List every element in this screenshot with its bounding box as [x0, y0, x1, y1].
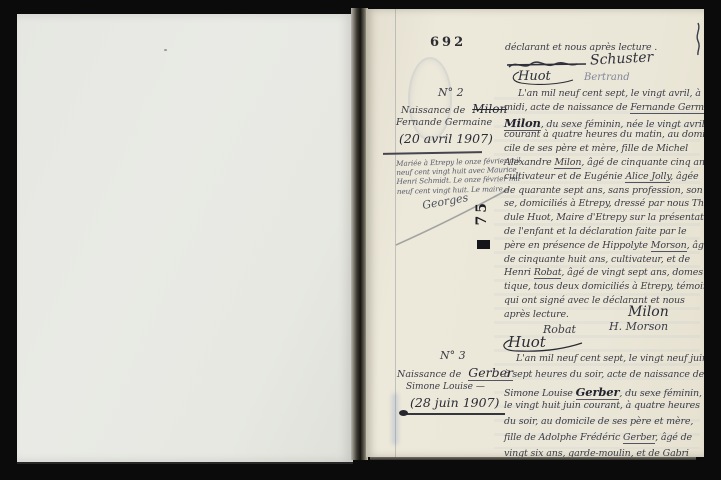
act2-margin-given-names: Fernande Germaine	[396, 117, 492, 128]
folio-number-stamp: 75	[474, 200, 490, 225]
signature-robat: Robat	[543, 323, 576, 336]
paper-speck	[164, 49, 167, 51]
act2-line: midi, acte de naissance de Fernande Germ…	[504, 102, 704, 113]
manuscript-text-segment: midi, acte de naissance de	[504, 102, 630, 113]
register-scan: 692 déclarant et nous après lecture . Sc…	[0, 0, 721, 480]
manuscript-text-segment: du soir, au domicile de ses père et mère…	[504, 416, 693, 427]
act2-line: dule Huot, Maire d'Etrepy sur la présent…	[504, 212, 704, 223]
act3-margin-underline	[401, 413, 505, 415]
manuscript-text-segment: après lecture.	[504, 309, 569, 320]
embossed-seal	[408, 57, 452, 141]
right-page: 692 déclarant et nous après lecture . Sc…	[366, 9, 704, 457]
act2-line: de cinquante huit ans, cultivateur, et d…	[504, 254, 690, 265]
manuscript-text-segment: , âgé de cinquante cinq ans	[581, 157, 704, 168]
act2-line: Milon, du sexe féminin, née le vingt avr…	[504, 116, 704, 130]
act2-line: Alexandre Milon, âgé de cinquante cinq a…	[504, 157, 704, 168]
act2-margin-date: (20 avril 1907)	[399, 131, 493, 146]
signature-paraph	[392, 185, 512, 249]
mayor-signature-flourish	[498, 336, 584, 354]
signature-flourish	[509, 69, 575, 85]
manuscript-text-segment: Gerber	[576, 385, 620, 400]
manuscript-text-segment: Simone Louise	[504, 388, 576, 399]
act2-line: de quarante sept ans, sans profession, s…	[504, 185, 704, 196]
manuscript-text-segment: dule Huot, Maire d'Etrepy sur la présent…	[504, 212, 704, 223]
act3-number: N° 3	[440, 349, 466, 362]
manuscript-text-segment: , âgé	[687, 240, 704, 251]
act2-margin-title: Naissance de Milon	[401, 102, 507, 116]
act3-line: Simone Louise Gerber, du sexe féminin, n…	[504, 385, 704, 399]
page-number-stamp: 692	[430, 35, 466, 50]
manuscript-text-segment: , du sexe féminin, née le vingt avril	[541, 119, 704, 130]
act2-number: N° 2	[438, 86, 464, 99]
manuscript-text-segment: Milon	[554, 157, 581, 169]
act3-line: vingt six ans, garde-moulin, et de Gabri	[504, 448, 689, 457]
ink-blot	[399, 410, 408, 416]
act3-line: L'an mil neuf cent sept, le vingt neuf j…	[516, 353, 704, 364]
manuscript-text-segment: se, domiciliés à Etrepy, dressé par nous…	[504, 198, 704, 209]
act2-line: se, domiciliés à Etrepy, dressé par nous…	[504, 198, 704, 209]
left-page-blank	[17, 14, 353, 462]
manuscript-text-segment: père en présence de Hippolyte	[504, 240, 651, 251]
act2-line: L'an mil neuf cent sept, le vingt avril,…	[518, 88, 701, 99]
manuscript-text-segment: le vingt huit juin courant, à quatre heu…	[504, 400, 700, 411]
act2-line: père en présence de Hippolyte Morson, âg…	[504, 240, 704, 251]
manuscript-text-segment: Alice Jolly	[625, 171, 670, 183]
act3-margin-title-text: Naissance de	[397, 369, 461, 380]
manuscript-text-segment: de cinquante huit ans, cultivateur, et d…	[504, 254, 690, 265]
act2-line: après lecture.	[504, 309, 569, 320]
act2-margin-title-text: Naissance de	[401, 105, 465, 116]
act3-line: le vingt huit juin courant, à quatre heu…	[504, 400, 700, 411]
manuscript-text-segment: à sept heures du soir, acte de naissance…	[504, 369, 704, 380]
manuscript-text-segment: Henri	[504, 267, 534, 278]
manuscript-text-segment: Alexandre	[504, 157, 554, 168]
signature-schuster: Schuster	[590, 49, 654, 68]
signature-morson: H. Morson	[609, 320, 668, 333]
signature-milon: Milon	[628, 304, 669, 320]
manuscript-text-segment: cile de ses père et mère, fille de Miche…	[504, 143, 688, 154]
manuscript-text-segment: cultivateur et de Eugénie	[504, 171, 625, 182]
act2-line: de l'enfant et la déclaration faite par …	[504, 226, 686, 237]
manuscript-text-segment: courant à quatre heures du matin, au dom…	[504, 129, 704, 140]
manuscript-text-segment: , du sexe féminin, née	[619, 388, 704, 399]
manuscript-text-segment: tique, tous deux domiciliés à Etrepy, té…	[504, 281, 704, 292]
manuscript-text-segment: Morson	[651, 240, 687, 252]
signature-bertrand: Bertrand	[584, 72, 630, 83]
act3-margin-date: (28 juin 1907)	[410, 395, 499, 410]
manuscript-text-segment: vingt six ans, garde-moulin, et de Gabri	[504, 448, 689, 457]
manuscript-text-segment: , âgée	[670, 171, 698, 182]
manuscript-text-segment: Milon	[504, 116, 541, 131]
act2-line: cultivateur et de Eugénie Alice Jolly, â…	[504, 171, 698, 182]
folio-stamp-block	[477, 240, 490, 249]
act2-line: tique, tous deux domiciliés à Etrepy, té…	[504, 281, 704, 292]
act3-line: du soir, au domicile de ses père et mère…	[504, 416, 693, 427]
pen-mark	[693, 21, 703, 57]
manuscript-text-segment: de quarante sept ans, sans profession, s…	[504, 185, 704, 196]
act3-line: à sept heures du soir, acte de naissance…	[504, 369, 704, 380]
act2-line: cile de ses père et mère, fille de Miche…	[504, 143, 688, 154]
act2-line: courant à quatre heures du matin, au dom…	[504, 129, 704, 140]
act2-margin-name-struck: Milon	[472, 102, 507, 116]
act3-margin-given-names: Simone Louise —	[406, 382, 485, 392]
act2-line: Henri Robat, âgé de vingt sept ans, dome…	[504, 267, 703, 278]
act3-line: fille de Adolphe Frédéric Gerber, âgé de	[504, 432, 692, 443]
ink-smudge	[392, 393, 398, 445]
margin-divider-line	[383, 151, 482, 154]
act3-margin-title: Naissance de Gerber	[397, 365, 513, 380]
manuscript-text-segment: Fernande Germaine	[630, 102, 704, 114]
manuscript-text-segment: , âgé de vingt sept ans, domes	[561, 267, 703, 278]
manuscript-text-segment: , âgé de	[655, 432, 692, 443]
manuscript-text-segment: de l'enfant et la déclaration faite par …	[504, 226, 686, 237]
page-edge	[370, 457, 696, 460]
manuscript-text-segment: Gerber	[623, 432, 655, 444]
manuscript-text-segment: Robat	[534, 267, 562, 279]
manuscript-text-segment: L'an mil neuf cent sept, le vingt neuf j…	[516, 353, 704, 364]
manuscript-text-segment: fille de Adolphe Frédéric	[504, 432, 623, 443]
manuscript-text-segment: L'an mil neuf cent sept, le vingt avril,…	[518, 88, 701, 99]
